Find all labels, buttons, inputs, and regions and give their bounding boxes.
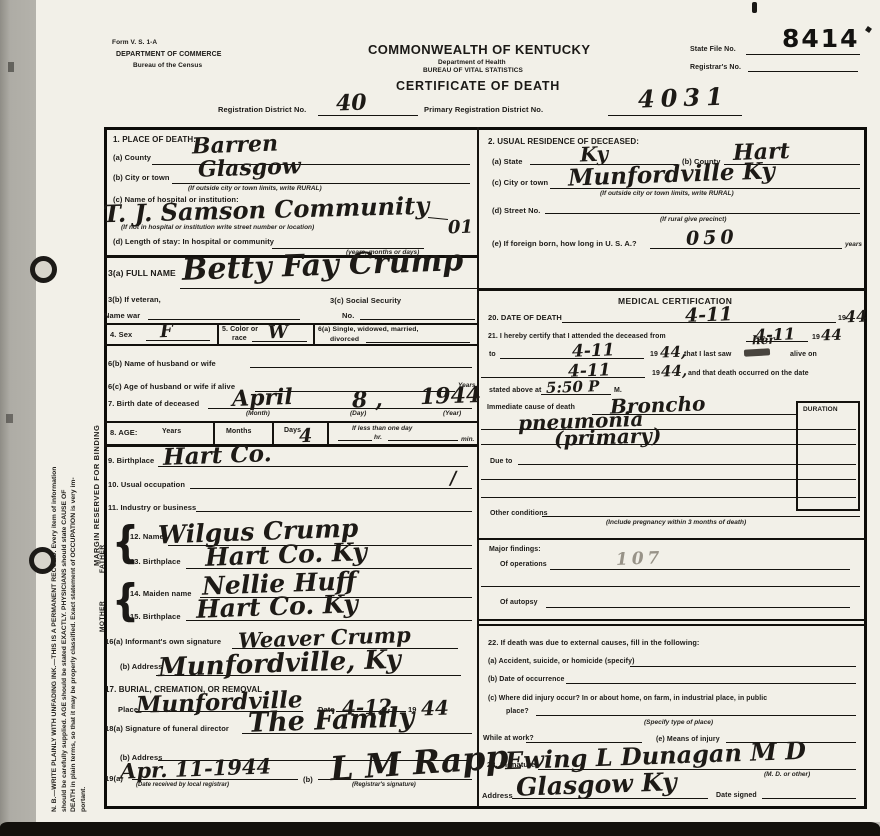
- informant-addr-label: (b) Address: [120, 662, 163, 671]
- residence-state-label: (a) State: [492, 157, 523, 166]
- blank-line: [318, 115, 418, 116]
- her-correction: her: [752, 334, 775, 347]
- from-year-prefix: 19: [812, 334, 820, 341]
- bureau-census: Bureau of the Census: [133, 62, 202, 69]
- duration-box: [796, 401, 860, 511]
- margin-note-line: portant.: [79, 54, 89, 812]
- cause-line3-value: (primary): [554, 425, 662, 449]
- mother-birthplace-value: Hart Co. Ky: [196, 591, 359, 622]
- blank-line: [481, 586, 860, 587]
- foreign-born-unit: years: [845, 241, 862, 248]
- birth-day-value: 8 ,: [352, 388, 383, 411]
- last-saw-label: that I last saw: [684, 351, 731, 358]
- date-of-death-value: 4-11: [685, 305, 733, 326]
- blank-line: [146, 340, 210, 341]
- injury-where-label: (c) Where did injury occur? In or about …: [488, 695, 767, 702]
- color-race-label2: race: [232, 335, 247, 342]
- blank-line: [180, 288, 478, 289]
- date-signed-label: Date signed: [716, 792, 757, 799]
- scan-speck: [8, 62, 14, 72]
- primary-district-value: 4031: [638, 84, 730, 111]
- scan-speck: [752, 2, 757, 13]
- father-birthplace-label: 13. Birthplace: [130, 557, 181, 566]
- to-year-value: 44,: [660, 345, 687, 361]
- md-or-other-note: (M. D. or other): [764, 771, 810, 778]
- blank-line: [542, 516, 860, 517]
- row-border: [104, 444, 478, 447]
- foreign-born-label: (e) If foreign born, how long in U. S. A…: [492, 239, 637, 248]
- less-than-day-label: If less than one day: [352, 425, 412, 432]
- birth-month-value: April: [232, 386, 293, 410]
- birth-date-label: 7. Birth date of deceased: [108, 399, 199, 408]
- cell-divider: [213, 421, 215, 444]
- other-conditions-label: Other conditions: [490, 510, 548, 517]
- row-border: [104, 344, 478, 346]
- injury-place-label: place?: [506, 708, 529, 715]
- age-months-label: Months: [226, 428, 251, 435]
- row-border: [104, 421, 478, 423]
- to-year-prefix: 19: [650, 351, 658, 358]
- registrar-no-label: Registrar's No.: [690, 64, 741, 71]
- blank-line: [650, 248, 842, 249]
- time-of-death-value: 5:50 P: [546, 379, 600, 396]
- birthplace-value: Hart Co.: [163, 442, 272, 469]
- dod-year-value: 44: [845, 309, 868, 326]
- cell-divider: [217, 323, 219, 345]
- date-of-death-label: 20. DATE OF DEATH: [488, 313, 562, 322]
- year-note: (Year): [443, 410, 461, 417]
- funeral-director-sig-label: 18(a) Signature of funeral director: [105, 724, 229, 733]
- color-race-value: W: [268, 324, 289, 343]
- scanned-death-certificate: { "header": { "form_no": "Form V. S. 1-A…: [0, 0, 880, 836]
- scribbled-word: [744, 348, 770, 356]
- blank-line: [366, 342, 470, 343]
- to-label: to: [489, 351, 496, 358]
- place-of-death-title: 1. PLACE OF DEATH:: [113, 135, 196, 144]
- husband-label: 6(b) Name of husband or wife: [108, 359, 216, 368]
- margin-note-line: should be carefully supplied. AGE should…: [60, 54, 70, 812]
- blank-line: [172, 183, 470, 184]
- hr-label: hr.: [374, 434, 382, 441]
- occurred-label: and that death occurred on the date: [688, 370, 809, 377]
- blank-line: [388, 440, 458, 441]
- autopsy-label: Of autopsy: [500, 599, 538, 606]
- veteran-label: 3(b) If veteran,: [108, 295, 161, 304]
- blank-line: [536, 715, 856, 716]
- form-number: Form V. S. 1-A: [112, 39, 157, 46]
- from-year-value: 44: [821, 328, 842, 344]
- scan-bottom-edge: [0, 822, 880, 836]
- city-value: Glasgow: [198, 155, 301, 181]
- color-race-label: 5. Color or: [222, 326, 258, 333]
- blank-line: [545, 213, 860, 214]
- operations-value: 107: [616, 550, 664, 569]
- to-value: 4-11: [572, 342, 615, 360]
- margin-note-line: N. B.—WRITE PLAINLY WITH UNFADING INK.—T…: [50, 54, 60, 812]
- burial-year-value: 44: [421, 698, 450, 719]
- residence-title: 2. USUAL RESIDENCE OF DECEASED:: [488, 137, 639, 146]
- residence-city-label: (c) City or town: [492, 178, 548, 187]
- age-label: 8. AGE:: [110, 428, 138, 437]
- major-findings-label: Major findings:: [489, 546, 541, 553]
- registrar-b-label: (b): [303, 775, 313, 784]
- registrar-date-value: Apr. 11-1944: [120, 755, 272, 781]
- certify-line1: 21. I hereby certify that I attended the…: [488, 333, 666, 340]
- last-year-value: 44,: [661, 364, 688, 380]
- father-birthplace-value: Hart Co. Ky: [205, 539, 368, 570]
- residence-outside-note: (If outside city or town limits, write R…: [600, 190, 734, 197]
- cell-divider: [272, 421, 274, 444]
- accident-label: (a) Accident, suicide, or homicide (spec…: [488, 658, 635, 665]
- blank-line: [746, 54, 860, 55]
- age-days-value: 4: [299, 427, 313, 446]
- blank-line: [762, 798, 856, 799]
- occurrence-date-label: (b) Date of occurrence: [488, 676, 565, 683]
- reg-district-value: 40: [336, 91, 367, 114]
- certificate-title: CERTIFICATE OF DEATH: [396, 79, 560, 93]
- state-file-label: State File No.: [690, 46, 736, 53]
- blank-line: [360, 319, 475, 320]
- marital-label2: divorced: [330, 336, 359, 343]
- birth-year-value: 1944: [420, 384, 482, 408]
- street-note: (If rural give precinct): [660, 216, 726, 223]
- marital-label: 6(a) Single, widowed, married,: [318, 326, 418, 333]
- age-years-label: Years: [162, 428, 181, 435]
- double-rule: [478, 619, 866, 621]
- physician-addr-value: Glasgow Ky: [516, 769, 677, 800]
- sex-value: F: [160, 323, 173, 341]
- m-label: M.: [614, 387, 622, 394]
- dept-commerce: DEPARTMENT OF COMMERCE: [116, 51, 222, 58]
- double-rule: [478, 624, 866, 626]
- last-year-prefix: 19: [652, 370, 660, 377]
- burial-place-label: Place: [118, 705, 138, 714]
- mother-birthplace-label: 15. Birthplace: [130, 612, 181, 621]
- blank-line: [546, 607, 850, 608]
- blank-line: [748, 71, 858, 72]
- mother-name-label: 14. Maiden name: [130, 589, 192, 598]
- alive-on-label: alive on: [790, 351, 817, 358]
- external-causes-title: 22. If death was due to external causes,…: [488, 638, 699, 647]
- ssn-no-label: No.: [342, 311, 354, 320]
- due-to-label: Due to: [490, 458, 512, 465]
- city-label: (b) City or town: [113, 173, 170, 182]
- operations-label: Of operations: [500, 561, 547, 568]
- commonwealth-title: COMMONWEALTH OF KENTUCKY: [368, 42, 590, 57]
- blank-line: [196, 511, 472, 512]
- registrar-date-note: (Date received by local registrar): [136, 782, 229, 788]
- husband-age-label: 6(c) Age of husband or wife if alive: [108, 382, 235, 391]
- pregnancy-note: (Include pregnancy within 3 months of de…: [606, 519, 746, 526]
- blank-line: [566, 683, 856, 684]
- margin-note: N. B.—WRITE PLAINLY WITH UNFADING INK.—T…: [50, 54, 88, 812]
- blank-line: [550, 569, 850, 570]
- length-of-stay-label: (d) Length of stay: In hospital or commu…: [113, 237, 274, 246]
- sex-label: 4. Sex: [110, 330, 132, 339]
- margin-binding-label: MARGIN RESERVED FOR BINDING: [92, 266, 101, 566]
- punch-hole: [30, 256, 57, 283]
- place-type-note: (Specify type of place): [644, 719, 713, 726]
- punch-hole: [29, 547, 56, 574]
- blank-line: [250, 367, 472, 368]
- ssn-label: 3(c) Social Security: [330, 296, 401, 305]
- county-label: (a) County: [113, 153, 151, 162]
- reg-district-label: Registration District No.: [218, 105, 306, 114]
- length-of-stay-value: 01: [448, 219, 474, 238]
- occupation-label: 10. Usual occupation: [108, 480, 185, 489]
- birthplace-label: 9. Birthplace: [108, 456, 154, 465]
- duration-label: DURATION: [803, 406, 838, 413]
- scan-speck: [6, 414, 13, 423]
- min-label: min.: [461, 436, 474, 443]
- occupation-mark: /: [450, 470, 457, 488]
- industry-label: 11. Industry or business: [108, 503, 196, 512]
- dept-health: Department of Health: [438, 59, 506, 66]
- bureau-vital-statistics: BUREAU OF VITAL STATISTICS: [423, 67, 523, 74]
- cell-divider: [327, 421, 329, 444]
- informant-sig-label: 16(a) Informant's own signature: [105, 637, 221, 646]
- section-divider: [478, 288, 866, 291]
- section-divider: [478, 538, 866, 540]
- residence-city-value: Munfordville Ky: [568, 159, 776, 189]
- blank-line: [608, 115, 742, 116]
- stated-above-label: stated above at: [489, 387, 541, 394]
- cell-divider: [313, 323, 315, 345]
- blank-line: [338, 440, 372, 441]
- blank-line: [630, 666, 856, 667]
- residence-state-value: Ky: [580, 144, 609, 165]
- state-file-number: 8414: [782, 24, 860, 53]
- primary-district-label: Primary Registration District No.: [424, 105, 543, 114]
- full-name-label: 3(a) FULL NAME: [108, 268, 176, 278]
- outside-city-note: (If outside city or town limits, write R…: [188, 185, 322, 192]
- physician-addr-label: Address: [482, 791, 513, 800]
- column-divider: [477, 127, 479, 806]
- funeral-director-sig-value: The Family: [248, 704, 415, 737]
- blank-line: [190, 488, 472, 489]
- margin-note-line: DEATH in plain terms, so that it may be …: [69, 54, 79, 812]
- street-label: (d) Street No.: [492, 206, 540, 215]
- foreign-born-value: 050: [686, 228, 738, 249]
- veteran-war-label: Name war: [104, 311, 140, 320]
